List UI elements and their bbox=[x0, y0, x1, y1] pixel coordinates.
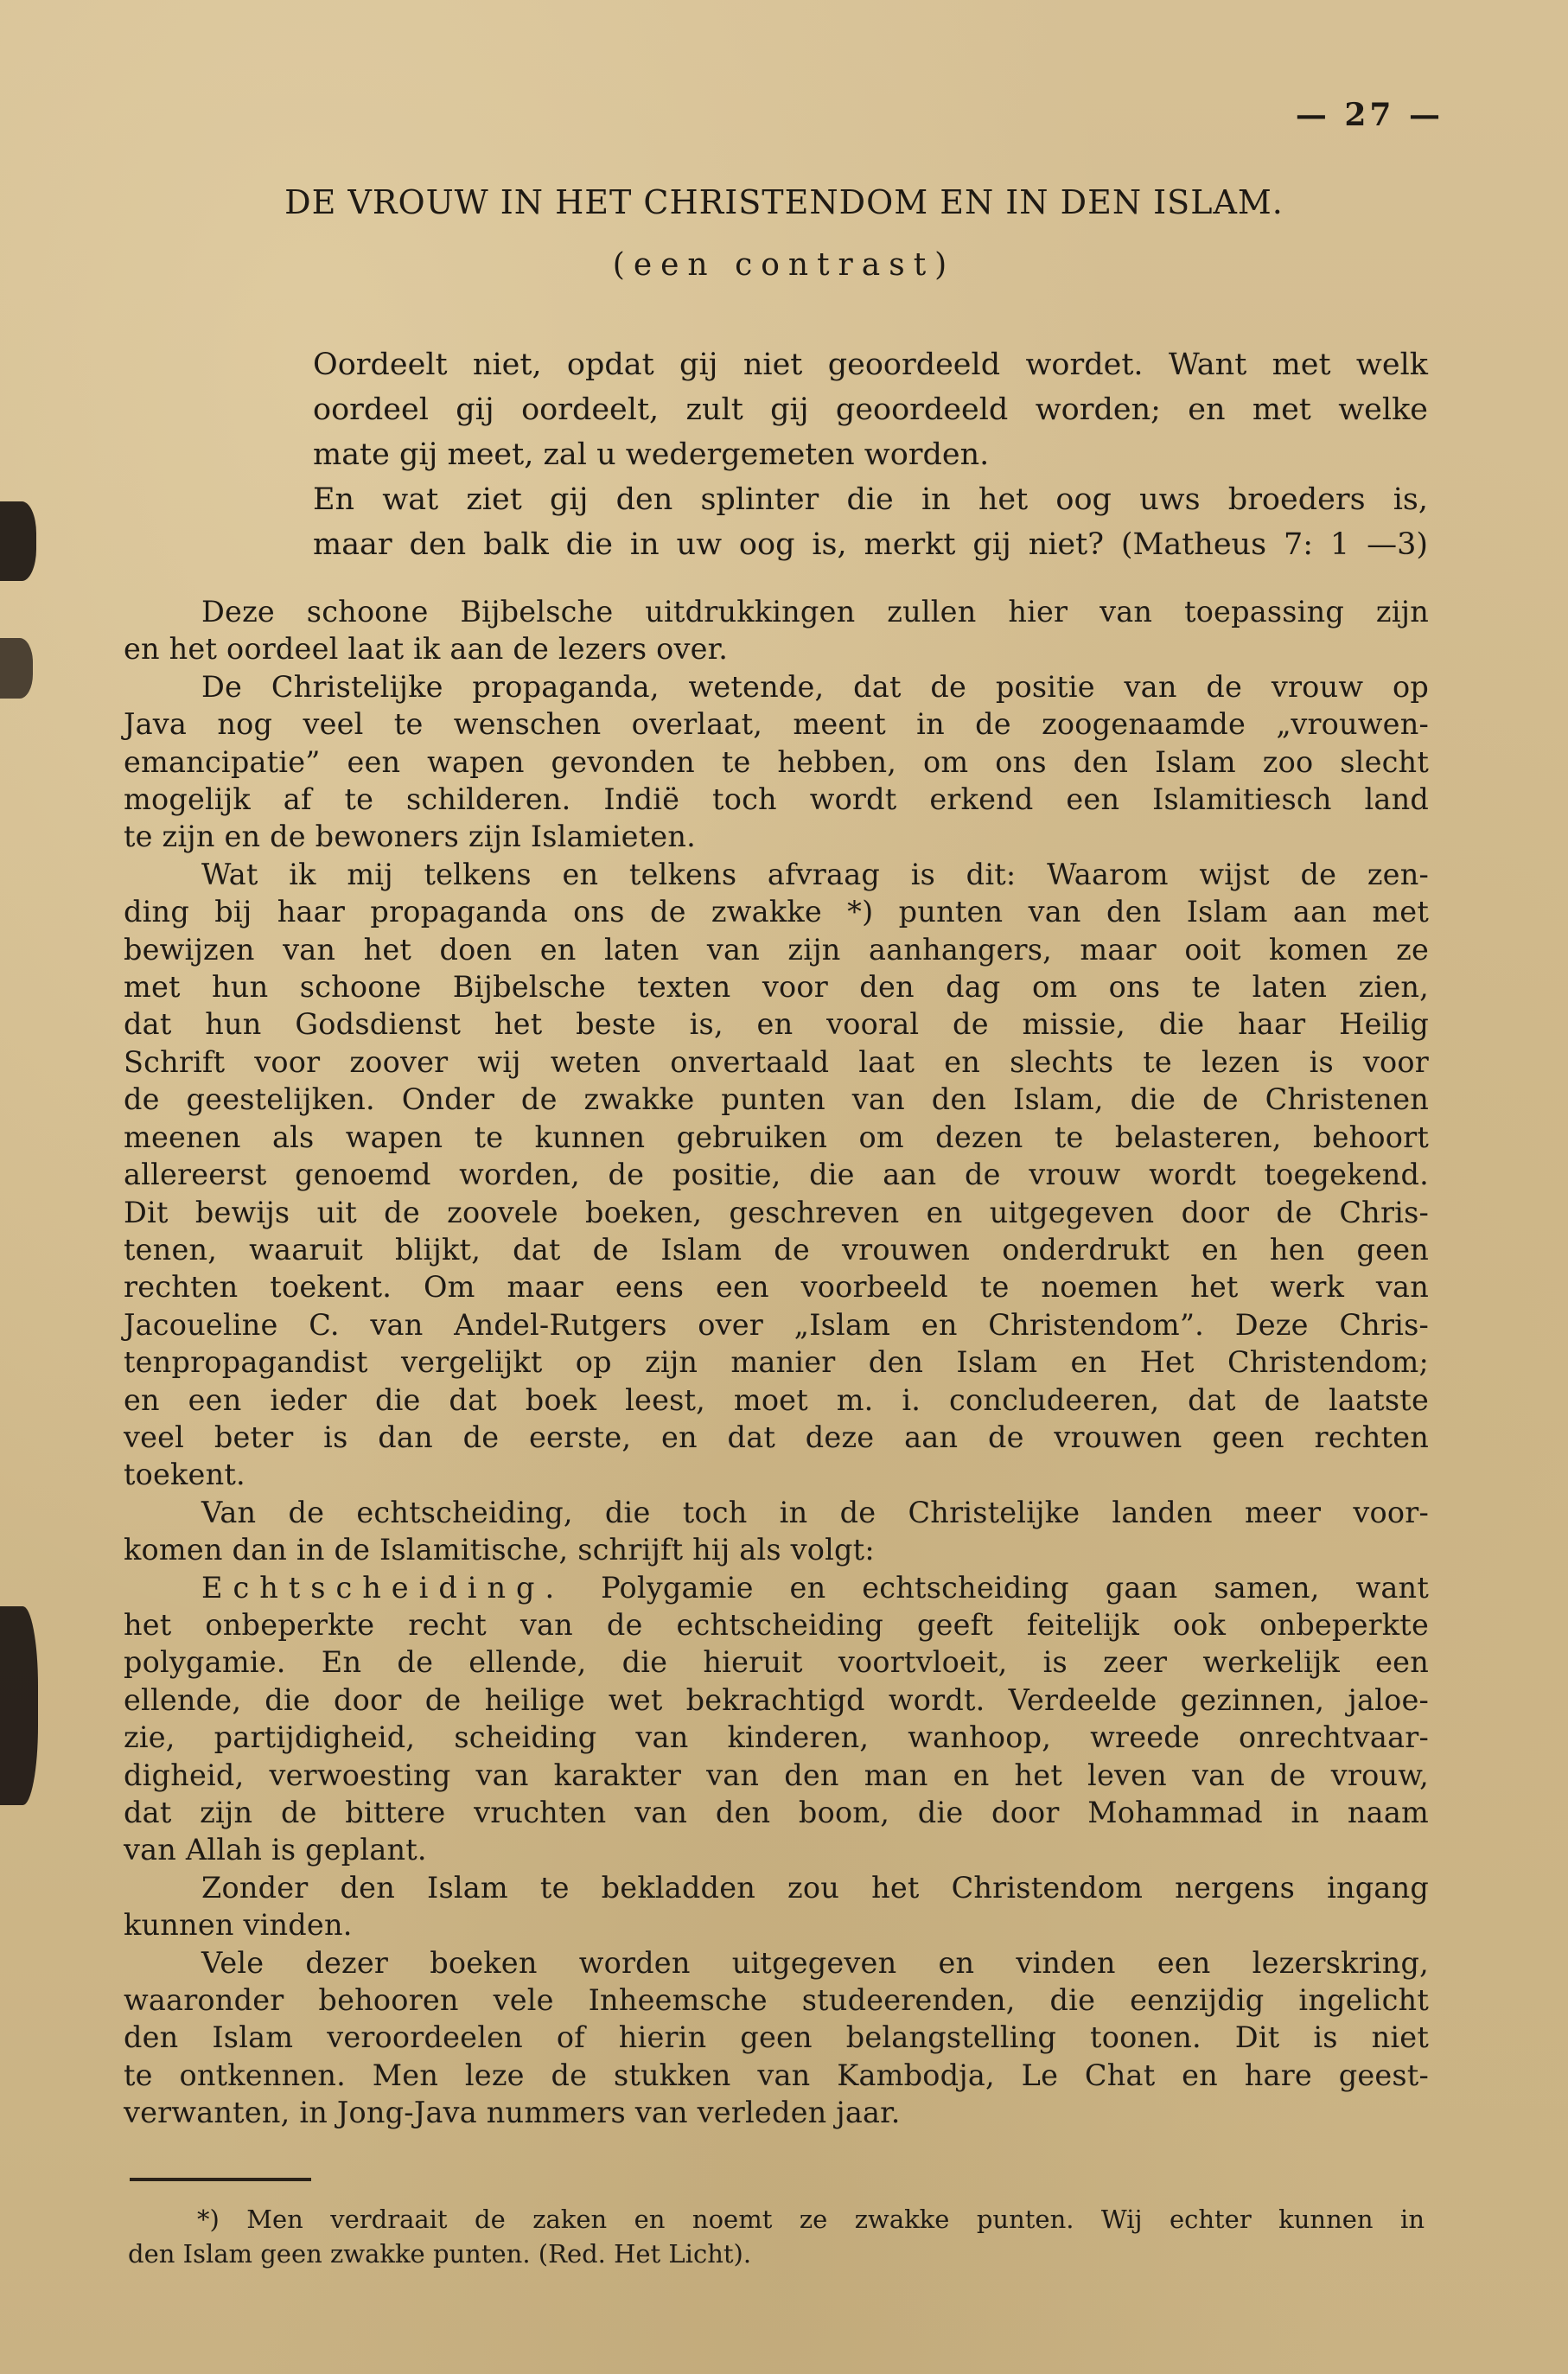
scanned-page: — 27 — DE VROUW IN HET CHRISTENDOM EN IN… bbox=[0, 0, 1568, 2374]
epigraph-line: En wat ziet gij den splinter die in het … bbox=[313, 477, 1428, 522]
body-line: Zonder den Islam te bekladden zou het Ch… bbox=[124, 1869, 1429, 1906]
body-line: veel beter is dan de eerste, en dat deze… bbox=[124, 1419, 1429, 1456]
epigraph-line: maar den balk die in uw oog is, merkt gi… bbox=[313, 522, 1428, 567]
quote-first-line: Echtscheiding. Polygamie en echtscheidin… bbox=[124, 1569, 1429, 1606]
body-line: ellende, die door de heilige wet bekrach… bbox=[124, 1682, 1429, 1719]
body-line: toekent. bbox=[124, 1456, 1429, 1493]
binding-mark-middle bbox=[0, 638, 33, 699]
spaced-heading-word: Echtscheiding. bbox=[201, 1571, 564, 1605]
body-line: dat hun Godsdienst het beste is, en voor… bbox=[124, 1005, 1429, 1043]
body-line: Jacoueline C. van Andel-Rutgers over „Is… bbox=[124, 1306, 1429, 1343]
body-line: komen dan in de Islamitische, schrijft h… bbox=[124, 1531, 1429, 1568]
body-line: Dit bewijs uit de zoovele boeken, geschr… bbox=[124, 1194, 1429, 1231]
body-line: Wat ik mij telkens en telkens afvraag is… bbox=[124, 856, 1429, 893]
body-line: zie, partijdigheid, scheiding van kinder… bbox=[124, 1719, 1429, 1756]
body-line: digheid, verwoesting van karakter van de… bbox=[124, 1757, 1429, 1794]
footnote: *) Men verdraait de zaken en noemt ze zw… bbox=[128, 2202, 1425, 2271]
body-line: verwanten, in Jong-Java nummers van verl… bbox=[124, 2094, 1429, 2131]
binding-mark-top bbox=[0, 501, 36, 581]
body-line: te ontkennen. Men leze de stukken van Ka… bbox=[124, 2057, 1429, 2094]
epigraph-line: Oordeelt niet, opdat gij niet geoordeeld… bbox=[313, 342, 1428, 387]
body-line-text: Polygamie en echtscheiding gaan samen, w… bbox=[564, 1571, 1429, 1605]
body-line: mogelijk af te schilderen. Indië toch wo… bbox=[124, 781, 1429, 818]
footnote-divider bbox=[130, 2178, 311, 2181]
footnote-line: den Islam geen zwakke punten. (Red. Het … bbox=[128, 2237, 1425, 2271]
body-line: te zijn en de bewoners zijn Islamieten. bbox=[124, 818, 1429, 855]
bible-epigraph: Oordeelt niet, opdat gij niet geoordeeld… bbox=[313, 342, 1428, 567]
body-line: van Allah is geplant. bbox=[124, 1831, 1429, 1868]
body-line: en een ieder die dat boek leest, moet m.… bbox=[124, 1382, 1429, 1419]
body-line: Van de echtscheiding, die toch in de Chr… bbox=[124, 1494, 1429, 1531]
page-title: DE VROUW IN HET CHRISTENDOM EN IN DEN IS… bbox=[0, 183, 1568, 221]
body-line: de geestelijken. Onder de zwakke punten … bbox=[124, 1081, 1429, 1118]
body-line: den Islam veroordeelen of hierin geen be… bbox=[124, 2019, 1429, 2056]
body-line: emancipatie” een wapen gevonden te hebbe… bbox=[124, 743, 1429, 781]
body-line: Schrift voor zoover wij weten onvertaald… bbox=[124, 1043, 1429, 1081]
footnote-line: *) Men verdraait de zaken en noemt ze zw… bbox=[128, 2202, 1425, 2237]
body-line: en het oordeel laat ik aan de lezers ove… bbox=[124, 630, 1429, 667]
binding-mark-bottom bbox=[0, 1606, 38, 1805]
body-line: rechten toekent. Om maar eens een voorbe… bbox=[124, 1268, 1429, 1305]
epigraph-line: oordeel gij oordeelt, zult gij geoordeel… bbox=[313, 387, 1428, 432]
page-number: — 27 — bbox=[1271, 97, 1444, 133]
body-line: dat zijn de bittere vruchten van den boo… bbox=[124, 1794, 1429, 1831]
body-line: bewijzen van het doen en laten van zijn … bbox=[124, 931, 1429, 968]
body-line: waaronder behooren vele Inheemsche stude… bbox=[124, 1982, 1429, 2019]
body-line: Java nog veel te wenschen overlaat, meen… bbox=[124, 705, 1429, 743]
body-line: Vele dezer boeken worden uitgegeven en v… bbox=[124, 1944, 1429, 1982]
body-line: allereerst genoemd worden, de positie, d… bbox=[124, 1156, 1429, 1193]
body-line: ding bij haar propaganda ons de zwakke *… bbox=[124, 893, 1429, 930]
body-line: kunnen vinden. bbox=[124, 1906, 1429, 1943]
body-line: De Christelijke propaganda, wetende, dat… bbox=[124, 668, 1429, 705]
body-line: tenen, waaruit blijkt, dat de Islam de v… bbox=[124, 1231, 1429, 1268]
epigraph-line: mate gij meet, zal u wedergemeten worden… bbox=[313, 432, 1428, 477]
article-body: Deze schoone Bijbelsche uitdrukkingen zu… bbox=[124, 593, 1429, 2132]
body-line: meenen als wapen te kunnen gebruiken om … bbox=[124, 1119, 1429, 1156]
body-line: het onbeperkte recht van de echtscheidin… bbox=[124, 1606, 1429, 1643]
body-line: Deze schoone Bijbelsche uitdrukkingen zu… bbox=[124, 593, 1429, 630]
body-line: tenpropagandist vergelijkt op zijn manie… bbox=[124, 1343, 1429, 1381]
body-line: polygamie. En de ellende, die hieruit vo… bbox=[124, 1643, 1429, 1681]
page-subtitle: (een contrast) bbox=[0, 247, 1568, 283]
body-line: met hun schoone Bijbelsche texten voor d… bbox=[124, 968, 1429, 1005]
